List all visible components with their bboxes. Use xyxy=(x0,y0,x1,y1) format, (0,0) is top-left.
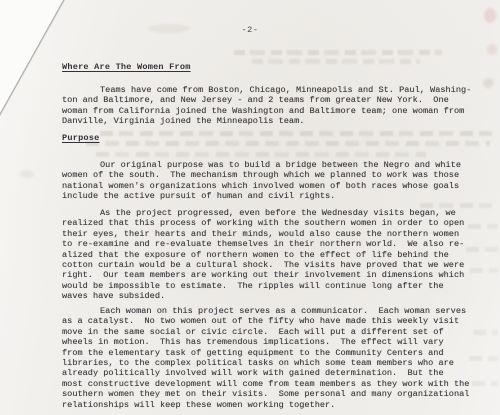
text-line: most constructive development will come … xyxy=(62,379,482,389)
text-line: cotton curtain would be a cultural shock… xyxy=(62,260,482,270)
page-number: -2- xyxy=(0,25,500,35)
scanned-document-page: -2- Where Are The Women From Teams have … xyxy=(0,0,500,415)
text-line: move in the same social or civic circle.… xyxy=(62,327,482,337)
text-line: Danville, Virginia joined the Minneapoli… xyxy=(62,116,482,126)
bleedthrough-line xyxy=(86,141,490,146)
section-heading-where-are-the-women-from: Where Are The Women From xyxy=(62,62,191,72)
text-line: from the elementary task of getting equi… xyxy=(62,348,482,358)
paragraph: As the project progressed, even before t… xyxy=(62,208,482,302)
scan-smudge xyxy=(487,44,497,55)
text-line: alized that the exposure of northern wom… xyxy=(62,250,482,260)
text-line: Our original purpose was to build a brid… xyxy=(62,160,482,170)
paragraph: Teams have come from Boston, Chicago, Mi… xyxy=(62,85,482,127)
text-line: women of the south. The mechanism throug… xyxy=(62,170,482,180)
text-line: southern women they met on their visits.… xyxy=(62,389,482,399)
paragraph: Our original purpose was to build a brid… xyxy=(62,160,482,202)
text-line: As the project progressed, even before t… xyxy=(62,208,482,218)
text-line: as a catalyst. No two women out of the f… xyxy=(62,316,482,326)
paragraph: Each woman on this project serves as a c… xyxy=(62,306,482,410)
text-line: wheels in motion. This has tremendous im… xyxy=(62,337,482,347)
text-line: would be impossible to estimate. The rip… xyxy=(62,281,482,291)
text-line: Each woman on this project serves as a c… xyxy=(62,306,482,316)
bleedthrough-line xyxy=(96,152,426,157)
scan-smudge xyxy=(483,78,494,88)
scan-smudge xyxy=(20,170,34,178)
text-line: ton and Baltimore, and New Jersey - and … xyxy=(62,95,482,105)
scan-smudge xyxy=(484,8,496,23)
text-line: include the active pursuit of human and … xyxy=(62,191,482,201)
bleedthrough-line xyxy=(252,59,420,64)
text-line: libraries, to the complex political task… xyxy=(62,358,482,368)
text-line: already politically involved will work w… xyxy=(62,368,482,378)
text-line: to re-examine and re-evaluate themselves… xyxy=(62,239,482,249)
text-line: waves have subsided. xyxy=(62,291,482,301)
text-line: national women's organizations which inv… xyxy=(62,181,482,191)
text-line: their eyes, their hearts and their minds… xyxy=(62,229,482,239)
text-line: right. Our team members are working out … xyxy=(62,270,482,280)
text-line: realized that this process of working wi… xyxy=(62,218,482,228)
text-line: woman from California joined the Washing… xyxy=(62,106,482,116)
text-line: Teams have come from Boston, Chicago, Mi… xyxy=(62,85,482,95)
bleedthrough-line xyxy=(234,50,442,55)
section-heading-purpose: Purpose xyxy=(62,133,100,143)
text-line: relationships will keep these women work… xyxy=(62,400,482,410)
bleedthrough-line xyxy=(100,131,492,136)
